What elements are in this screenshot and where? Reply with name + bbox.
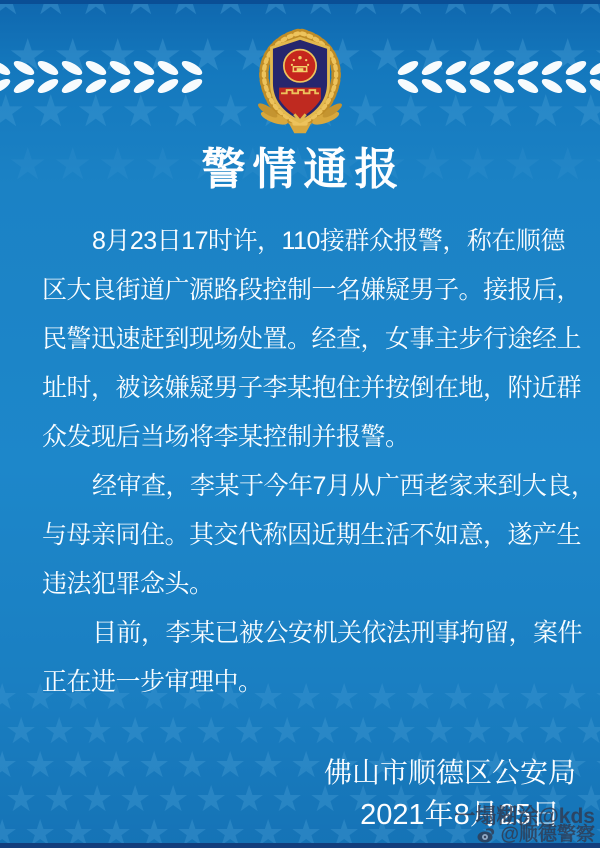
star-icon: ★ bbox=[233, 713, 265, 749]
police-badge-icon bbox=[241, 24, 359, 138]
police-notice-poster: ★★★★★★★★★★★★★★★★★★★★★★★★★★★★★★★★★★★★★★★★… bbox=[0, 0, 600, 848]
laurel-band-left-icon bbox=[0, 57, 222, 97]
star-icon: ★ bbox=[100, 815, 132, 848]
star-icon: ★ bbox=[233, 781, 265, 817]
star-icon: ★ bbox=[31, 0, 70, 22]
star-icon: ★ bbox=[76, 0, 115, 22]
watermark-account: @顺德警察 bbox=[500, 825, 595, 844]
star-icon: ★ bbox=[461, 713, 493, 749]
star-icon: ★ bbox=[138, 815, 170, 848]
star-icon: ★ bbox=[5, 713, 37, 749]
star-icon: ★ bbox=[24, 815, 56, 848]
watermark: 一塌糊涂@kds @顺德警察 bbox=[454, 806, 595, 844]
weibo-eye-icon bbox=[477, 826, 497, 843]
star-icon: ★ bbox=[214, 815, 246, 848]
star-icon: ★ bbox=[0, 815, 18, 848]
star-icon: ★ bbox=[347, 713, 379, 749]
star-icon: ★ bbox=[119, 781, 151, 817]
star-icon: ★ bbox=[121, 0, 160, 22]
star-icon: ★ bbox=[423, 713, 455, 749]
star-icon: ★ bbox=[24, 747, 56, 783]
star-icon: ★ bbox=[138, 747, 170, 783]
star-icon: ★ bbox=[290, 747, 322, 783]
star-icon: ★ bbox=[436, 0, 475, 22]
star-icon: ★ bbox=[385, 713, 417, 749]
body-line: 区大良街道广源路段控制一名嫌疑男子。接报后， bbox=[42, 266, 576, 315]
star-icon: ★ bbox=[5, 781, 37, 817]
star-icon: ★ bbox=[81, 781, 113, 817]
body-line: 经审查，李某于今年7月从广西老家来到大良， bbox=[42, 462, 576, 511]
star-icon: ★ bbox=[214, 747, 246, 783]
star-icon: ★ bbox=[256, 0, 295, 22]
star-icon: ★ bbox=[0, 747, 18, 783]
body-line: 8月23日17时许，110接群众报警，称在顺德 bbox=[42, 217, 576, 266]
star-icon: ★ bbox=[571, 0, 600, 22]
star-icon: ★ bbox=[176, 815, 208, 848]
star-icon: ★ bbox=[481, 0, 520, 22]
star-icon: ★ bbox=[499, 713, 531, 749]
body-line: 违法犯罪念头。 bbox=[42, 560, 576, 609]
star-icon: ★ bbox=[100, 747, 132, 783]
star-icon: ★ bbox=[195, 781, 227, 817]
star-icon: ★ bbox=[526, 0, 565, 22]
star-icon: ★ bbox=[157, 781, 189, 817]
star-icon: ★ bbox=[195, 713, 227, 749]
star-icon: ★ bbox=[537, 713, 569, 749]
star-icon: ★ bbox=[391, 0, 430, 22]
star-icon: ★ bbox=[301, 0, 340, 22]
star-icon: ★ bbox=[0, 0, 25, 22]
notice-title: 警情通报 bbox=[0, 133, 600, 197]
star-icon: ★ bbox=[62, 747, 94, 783]
star-icon: ★ bbox=[157, 713, 189, 749]
body-line: 址时，被该嫌疑男子李某抱住并按倒在地，附近群 bbox=[42, 364, 576, 413]
body-line: 目前，李某已被公安机关依法刑事拘留，案件 bbox=[42, 609, 576, 658]
star-icon: ★ bbox=[211, 0, 250, 22]
star-icon: ★ bbox=[176, 747, 208, 783]
star-icon: ★ bbox=[271, 713, 303, 749]
star-icon: ★ bbox=[43, 781, 75, 817]
body-line: 正在进一步审理中。 bbox=[42, 658, 576, 707]
star-icon: ★ bbox=[43, 713, 75, 749]
top-edge-bar bbox=[0, 0, 600, 4]
star-icon: ★ bbox=[575, 713, 600, 749]
signature-agency: 佛山市顺德区公安局 bbox=[324, 753, 600, 793]
body-line: 众发现后当场将李某控制并报警。 bbox=[42, 413, 576, 462]
laurel-band-right-icon bbox=[378, 57, 600, 97]
notice-body: 8月23日17时许，110接群众报警，称在顺德区大良街道广源路段控制一名嫌疑男子… bbox=[0, 217, 600, 707]
body-line: 民警迅速赶到现场处置。经查，女事主步行途经上 bbox=[42, 315, 576, 364]
body-line: 与母亲同住。其交代称因近期生活不如意，遂产生 bbox=[42, 511, 576, 560]
star-icon: ★ bbox=[309, 713, 341, 749]
star-icon: ★ bbox=[252, 815, 284, 848]
star-icon: ★ bbox=[271, 781, 303, 817]
star-icon: ★ bbox=[119, 713, 151, 749]
star-icon: ★ bbox=[252, 747, 284, 783]
star-icon: ★ bbox=[166, 0, 205, 22]
star-icon: ★ bbox=[290, 815, 322, 848]
star-icon: ★ bbox=[346, 0, 385, 22]
star-icon: ★ bbox=[81, 713, 113, 749]
star-icon: ★ bbox=[62, 815, 94, 848]
